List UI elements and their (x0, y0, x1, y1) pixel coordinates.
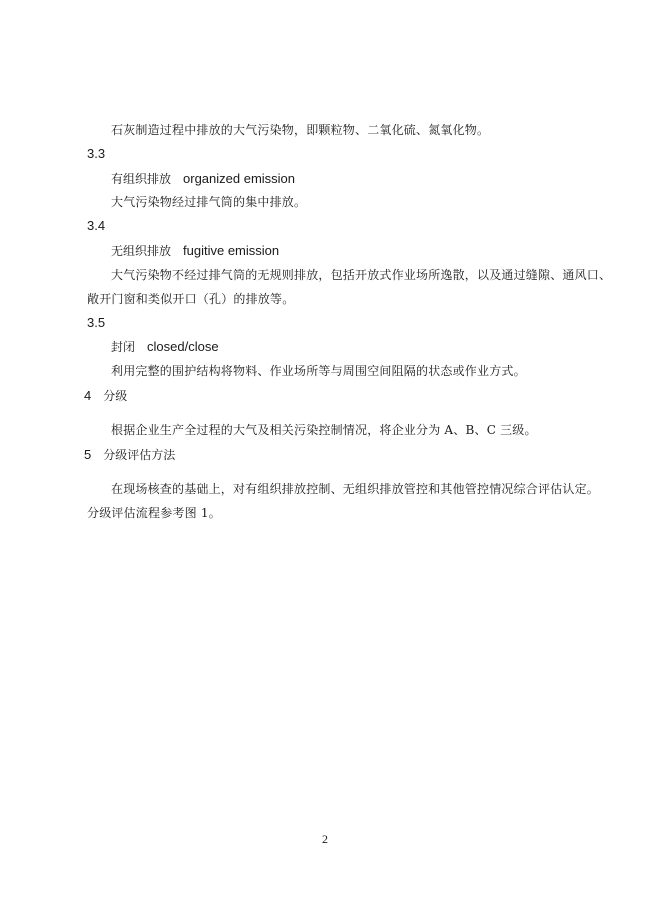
clause-number-3-5: 3.5 (87, 315, 105, 331)
page-number: 2 (0, 832, 650, 847)
clause-number-3-3: 3.3 (87, 146, 105, 162)
term-cn: 无组织排放 (111, 244, 171, 258)
term-heading-3-3: 有组织排放organized emission (111, 171, 295, 187)
term-en: organized emission (183, 171, 295, 186)
chapter-number: 5 (84, 447, 91, 462)
chapter-4-heading: 4分级 (84, 388, 127, 404)
chapter-title: 分级评估方法 (103, 448, 175, 462)
chapter-4-body: 根据企业生产全过程的大气及相关污染控制情况，将企业分为 A、B、C 三级。 (111, 422, 537, 438)
term-cn: 封闭 (111, 340, 135, 354)
chapter-5-body-line2: 分级评估流程参考图 1。 (87, 505, 221, 521)
chapter-5-body-line1: 在现场核查的基础上，对有组织排放控制、无组织排放管控和其他管控情况综合评估认定。 (111, 481, 599, 497)
term-heading-3-4: 无组织排放fugitive emission (111, 243, 279, 259)
chapter-title: 分级 (103, 389, 127, 403)
term-heading-3-5: 封闭closed/close (111, 339, 219, 355)
definition-3-3: 大气污染物经过排气筒的集中排放。 (111, 194, 306, 210)
clause-number-3-4: 3.4 (87, 218, 105, 234)
definition-3-5: 利用完整的围护结构将物料、作业场所等与周围空间阻隔的状态或作业方式。 (111, 363, 526, 379)
document-page: 石灰制造过程中排放的大气污染物，即颗粒物、二氧化硫、氮氧化物。 3.3 有组织排… (0, 0, 650, 919)
term-en: fugitive emission (183, 243, 279, 258)
chapter-number: 4 (84, 388, 91, 403)
chapter-5-heading: 5分级评估方法 (84, 447, 175, 463)
term-en: closed/close (147, 339, 219, 354)
term-cn: 有组织排放 (111, 172, 171, 186)
definition-3-4-line2: 敞开门窗和类似开口（孔）的排放等。 (87, 291, 294, 307)
definition-3-4-line1: 大气污染物不经过排气筒的无规则排放，包括开放式作业场所逸散，以及通过缝隙、通风口… (111, 267, 611, 283)
continuation-paragraph: 石灰制造过程中排放的大气污染物，即颗粒物、二氧化硫、氮氧化物。 (111, 122, 489, 138)
